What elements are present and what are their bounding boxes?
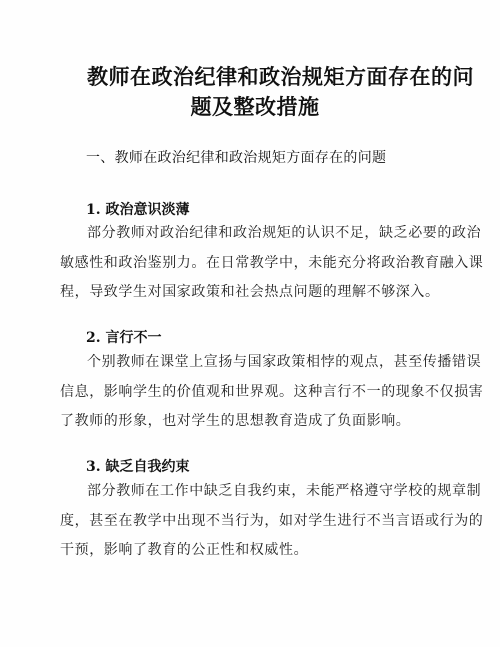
item-paragraph-3: 部分教师在工作中缺乏自我约束，未能严格遵守学校的规章制 度，甚至在教学中出现不当…	[60, 477, 440, 566]
item-paragraph-1: 部分教师对政治纪律和政治规矩的认识不足，缺乏必要的政治 敏感性和政治鉴别力。在日…	[60, 219, 440, 308]
section-heading: 一、教师在政治纪律和政治规矩方面存在的问题	[86, 147, 386, 167]
document-page: 教师在政治纪律和政治规矩方面存在的问 题及整改措施 一、教师在政治纪律和政治规矩…	[0, 0, 500, 647]
paragraph-line: 部分教师在工作中缺乏自我约束，未能严格遵守学校的规章制	[60, 477, 440, 507]
paragraph-line: 干预，影响了教育的公正性和权威性。	[60, 536, 440, 566]
document-title-line-2: 题及整改措施	[60, 92, 450, 122]
paragraph-line: 部分教师对政治纪律和政治规矩的认识不足，缺乏必要的政治	[60, 219, 440, 249]
paragraph-line: 信息，影响学生的价值观和世界观。这种言行不一的现象不仅损害	[60, 378, 440, 408]
paragraph-line: 敏感性和政治鉴别力。在日常教学中，未能充分将政治教育融入课	[60, 249, 440, 279]
paragraph-line: 度，甚至在教学中出现不当行为，如对学生进行不当言语或行为的	[60, 507, 440, 537]
document-title: 教师在政治纪律和政治规矩方面存在的问 题及整改措施	[60, 62, 450, 122]
paragraph-line: 程，导致学生对国家政策和社会热点问题的理解不够深入。	[60, 278, 440, 308]
item-heading-2: 2. 言行不一	[86, 327, 162, 347]
paragraph-line: 了教师的形象，也对学生的思想教育造成了负面影响。	[60, 407, 440, 437]
paragraph-line: 个别教师在课堂上宣扬与国家政策相悖的观点，甚至传播错误	[60, 348, 440, 378]
item-paragraph-2: 个别教师在课堂上宣扬与国家政策相悖的观点，甚至传播错误 信息，影响学生的价值观和…	[60, 348, 440, 437]
document-title-line-1: 教师在政治纪律和政治规矩方面存在的问	[60, 62, 450, 92]
item-heading-3: 3. 缺乏自我约束	[86, 456, 190, 476]
item-heading-1: 1. 政治意识淡薄	[86, 199, 190, 219]
